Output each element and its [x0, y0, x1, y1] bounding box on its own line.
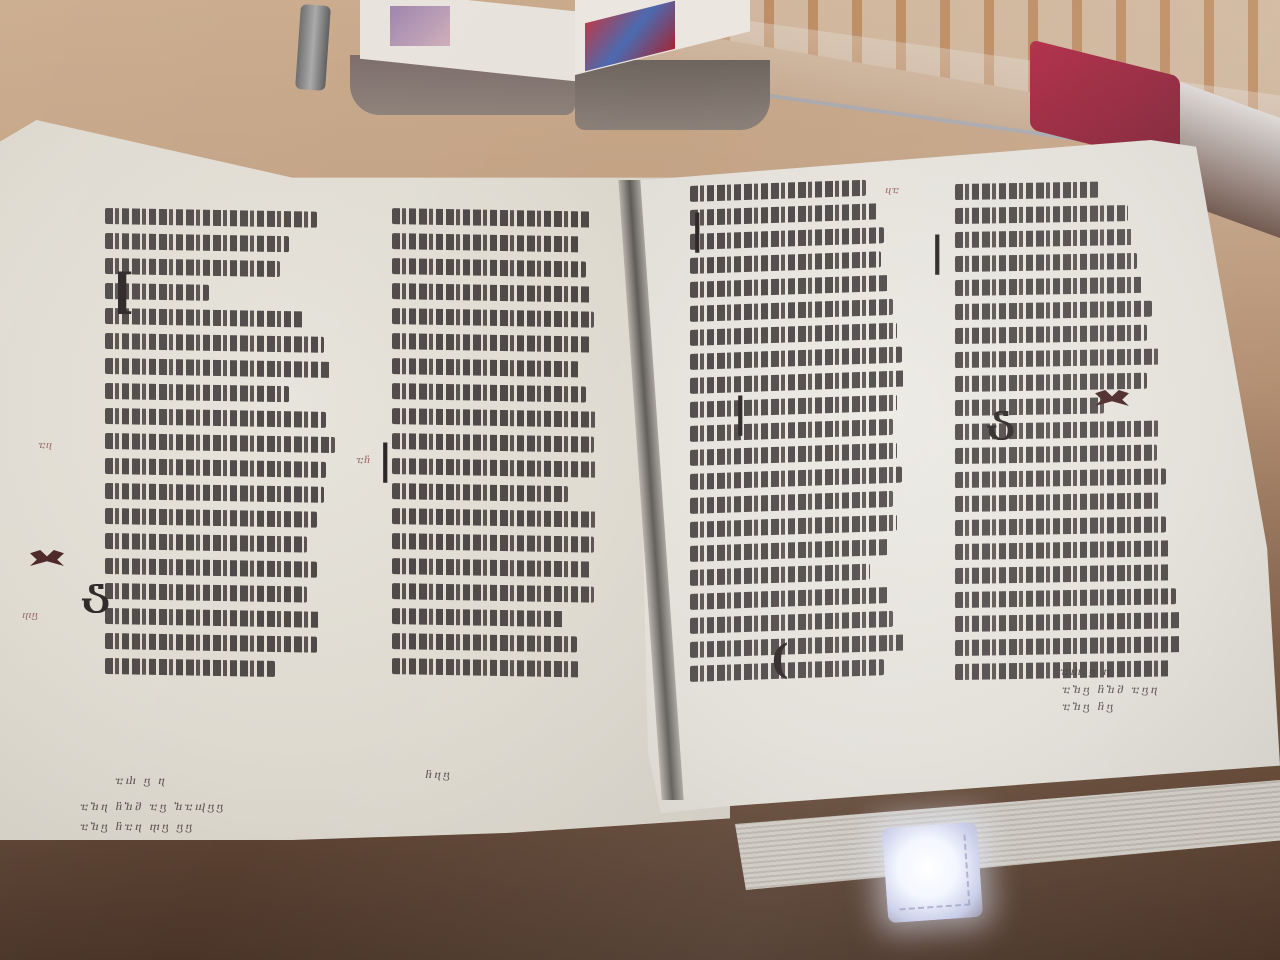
initial-capital: Ⴢ: [80, 585, 110, 619]
initial-capital: [: [112, 268, 135, 316]
lamp-grid: [895, 835, 971, 911]
footnote: ⴀⴐ ⴂ ⴄ: [1060, 665, 1112, 678]
initial-capital: |: [378, 440, 393, 480]
footnote: ⴀⴆⴂ ⴌⴆⴋ ⴀⴂⴄ: [1062, 683, 1160, 696]
folio-number: ⴗⴀ: [885, 185, 899, 196]
text-column-3: [690, 178, 915, 682]
footnote: ⴌⴄⴂ: [425, 768, 452, 781]
margin-note: ⴀⴌ: [356, 455, 370, 466]
initial-capital: |: [930, 232, 945, 272]
photo-scene: [ Ⴢ | | | | Ⴢ ( ⴀⴄ ⴀⴌ ⴅⴂ ⴗⴀ ⴀⴐ ⴂ ⴄ ⴀⴆⴄ ⴌ…: [0, 0, 1280, 960]
initial-capital: (: [770, 640, 789, 680]
illumination-left: [390, 6, 450, 46]
illuminated-book-background: [350, 0, 770, 140]
initial-capital: Ⴢ: [985, 412, 1015, 446]
footnote: ⴀⴆⴂ ⴌⴀⴄ ⴅⴂ ⴂⴂ: [80, 820, 194, 833]
text-column-2: [392, 208, 607, 678]
margin-note: ⴀⴄ: [38, 440, 52, 451]
scroll-fragment: [295, 4, 331, 91]
footnote: ⴀⴐ ⴂ ⴄ: [115, 774, 167, 787]
initial-capital: |: [733, 393, 748, 433]
initial-capital: |: [690, 210, 705, 250]
footnote: ⴀⴆⴄ ⴌⴆⴋ ⴀⴂ ⴆⴀⴓⴂⴂ: [80, 800, 225, 813]
display-lamp: [882, 822, 983, 923]
footnote: ⴀⴆⴂ ⴌⴂ: [1062, 700, 1115, 713]
text-column-1: [105, 208, 335, 678]
margin-note: ⴅⴂ: [22, 610, 38, 621]
